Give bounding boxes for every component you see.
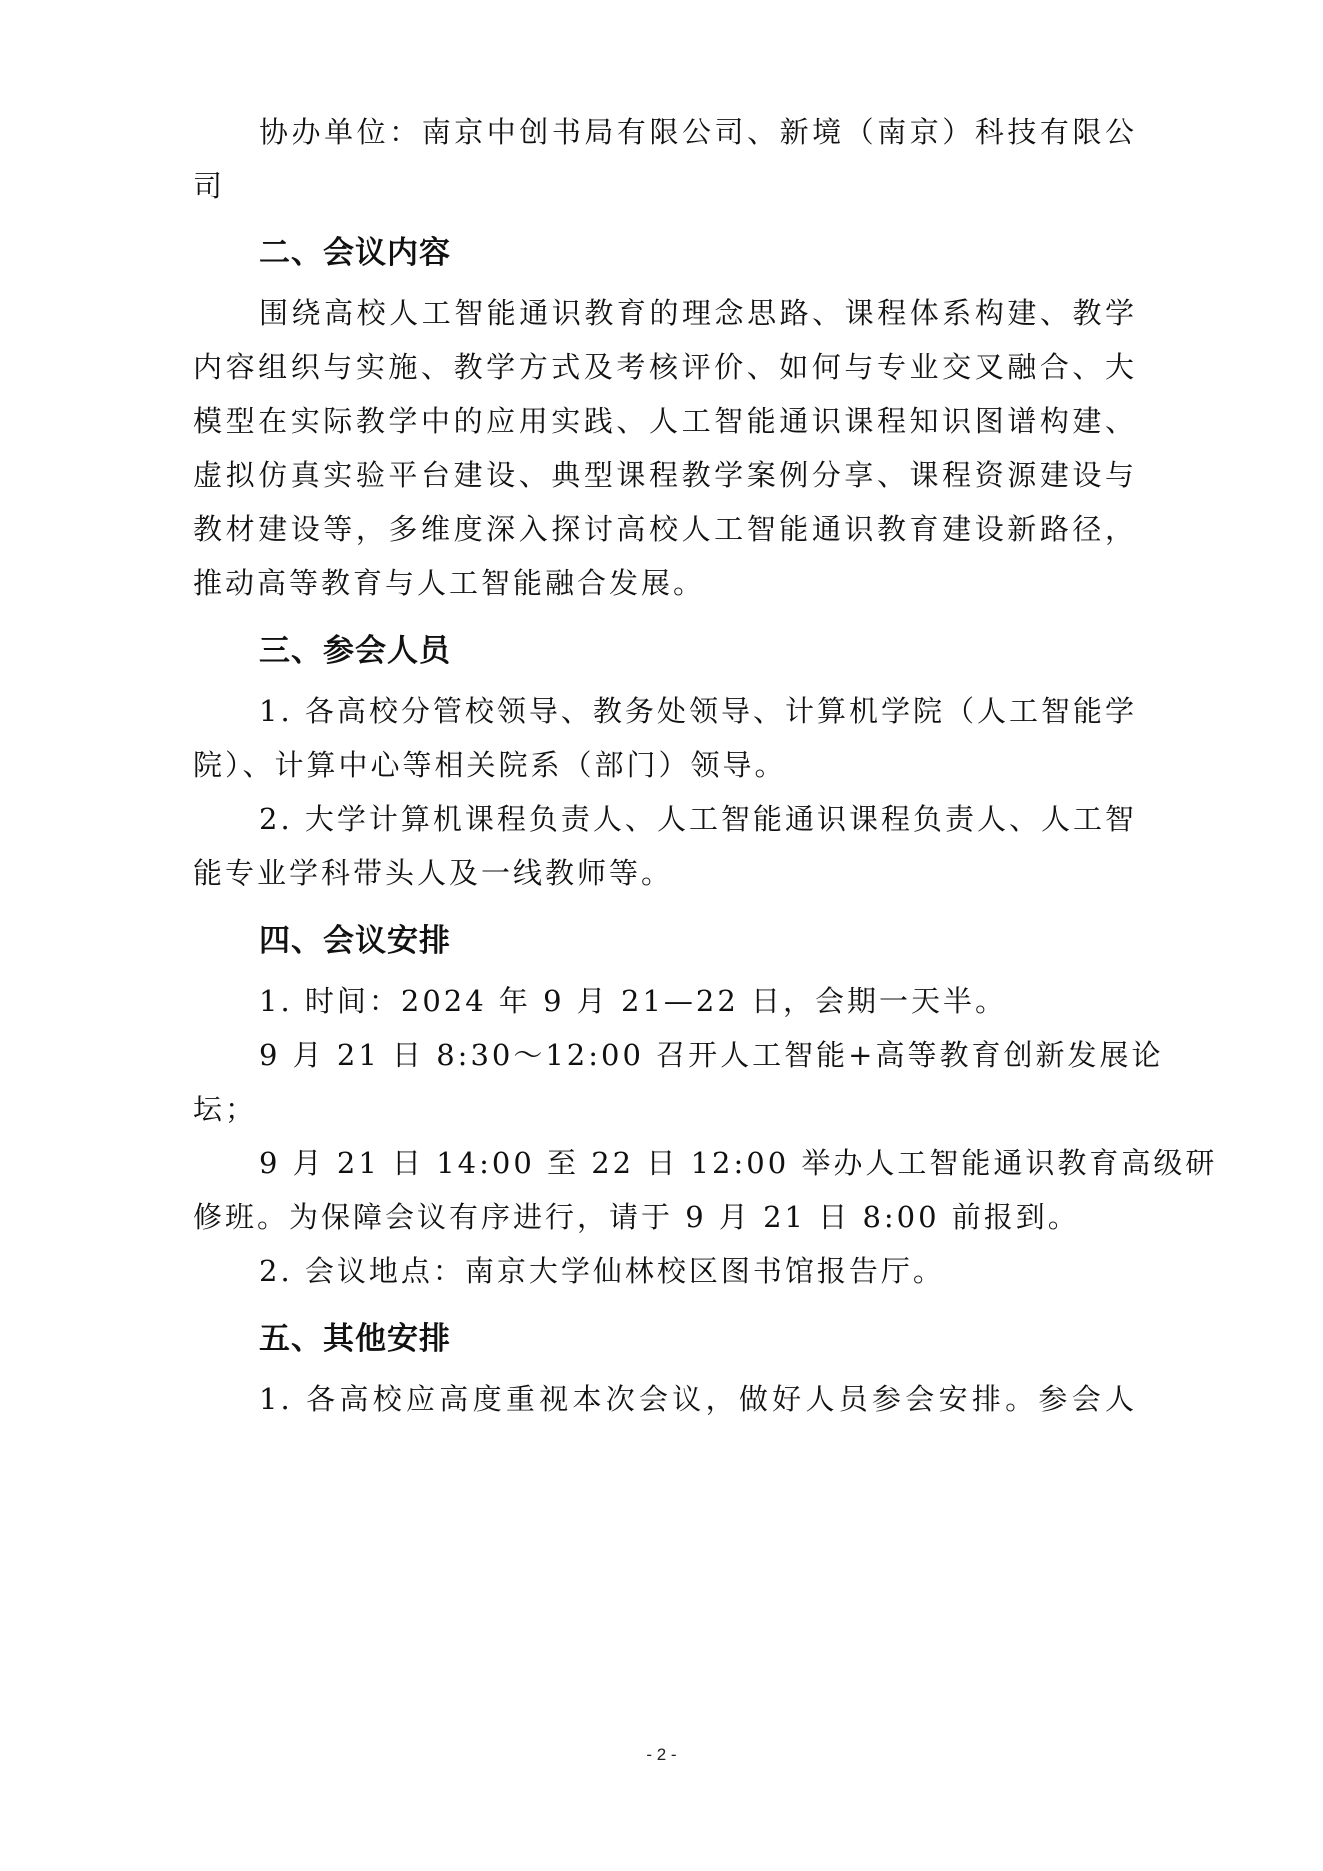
section-heading-other-arrangements: 五、其他安排 [259, 1319, 451, 1359]
section-heading-meeting-content: 二、会议内容 [259, 233, 451, 273]
meeting-content-line-5: 教材建设等，多维度深入探讨高校人工智能通识教育建设新路径， [193, 509, 1137, 549]
attendees-item-2-line-2: 能专业学科带头人及一线教师等。 [193, 853, 1137, 893]
co-organizer-line-1: 协办单位：南京中创书局有限公司、新境（南京）科技有限公 [193, 112, 1137, 152]
meeting-content-line-2: 内容组织与实施、教学方式及考核评价、如何与专业交叉融合、大 [193, 347, 1137, 387]
meeting-content-line-3: 模型在实际教学中的应用实践、人工智能通识课程知识图谱构建、 [193, 401, 1137, 441]
co-organizer-line-2: 司 [193, 166, 1137, 206]
page-number: - 2 - [0, 1745, 1323, 1765]
schedule-forum-line-2: 坛； [193, 1089, 1137, 1129]
attendees-item-1-line-1: 1. 各高校分管校领导、教务处领导、计算机学院（人工智能学 [193, 691, 1137, 731]
schedule-workshop-line-1: 9 月 21 日 14:00 至 22 日 12:00 举办人工智能通识教育高级… [193, 1143, 1137, 1183]
meeting-content-line-4: 虚拟仿真实验平台建设、典型课程教学案例分享、课程资源建设与 [193, 455, 1137, 495]
other-arrangements-item-1-line-1: 1. 各高校应高度重视本次会议，做好人员参会安排。参会人 [193, 1379, 1137, 1419]
meeting-content-line-1: 围绕高校人工智能通识教育的理念思路、课程体系构建、教学 [193, 293, 1137, 333]
schedule-venue-line: 2. 会议地点：南京大学仙林校区图书馆报告厅。 [193, 1251, 1137, 1291]
attendees-item-1-line-2: 院）、计算中心等相关院系（部门）领导。 [193, 745, 1137, 785]
schedule-time-line: 1. 时间：2024 年 9 月 21—22 日，会期一天半。 [193, 981, 1137, 1021]
section-heading-schedule: 四、会议安排 [259, 921, 451, 961]
schedule-workshop-line-2: 修班。为保障会议有序进行，请于 9 月 21 日 8:00 前报到。 [193, 1197, 1137, 1237]
section-heading-attendees: 三、参会人员 [259, 631, 451, 671]
meeting-content-line-6: 推动高等教育与人工智能融合发展。 [193, 563, 1137, 603]
attendees-item-2-line-1: 2. 大学计算机课程负责人、人工智能通识课程负责人、人工智 [193, 799, 1137, 839]
schedule-forum-line-1: 9 月 21 日 8:30～12:00 召开人工智能+高等教育创新发展论 [193, 1035, 1137, 1075]
